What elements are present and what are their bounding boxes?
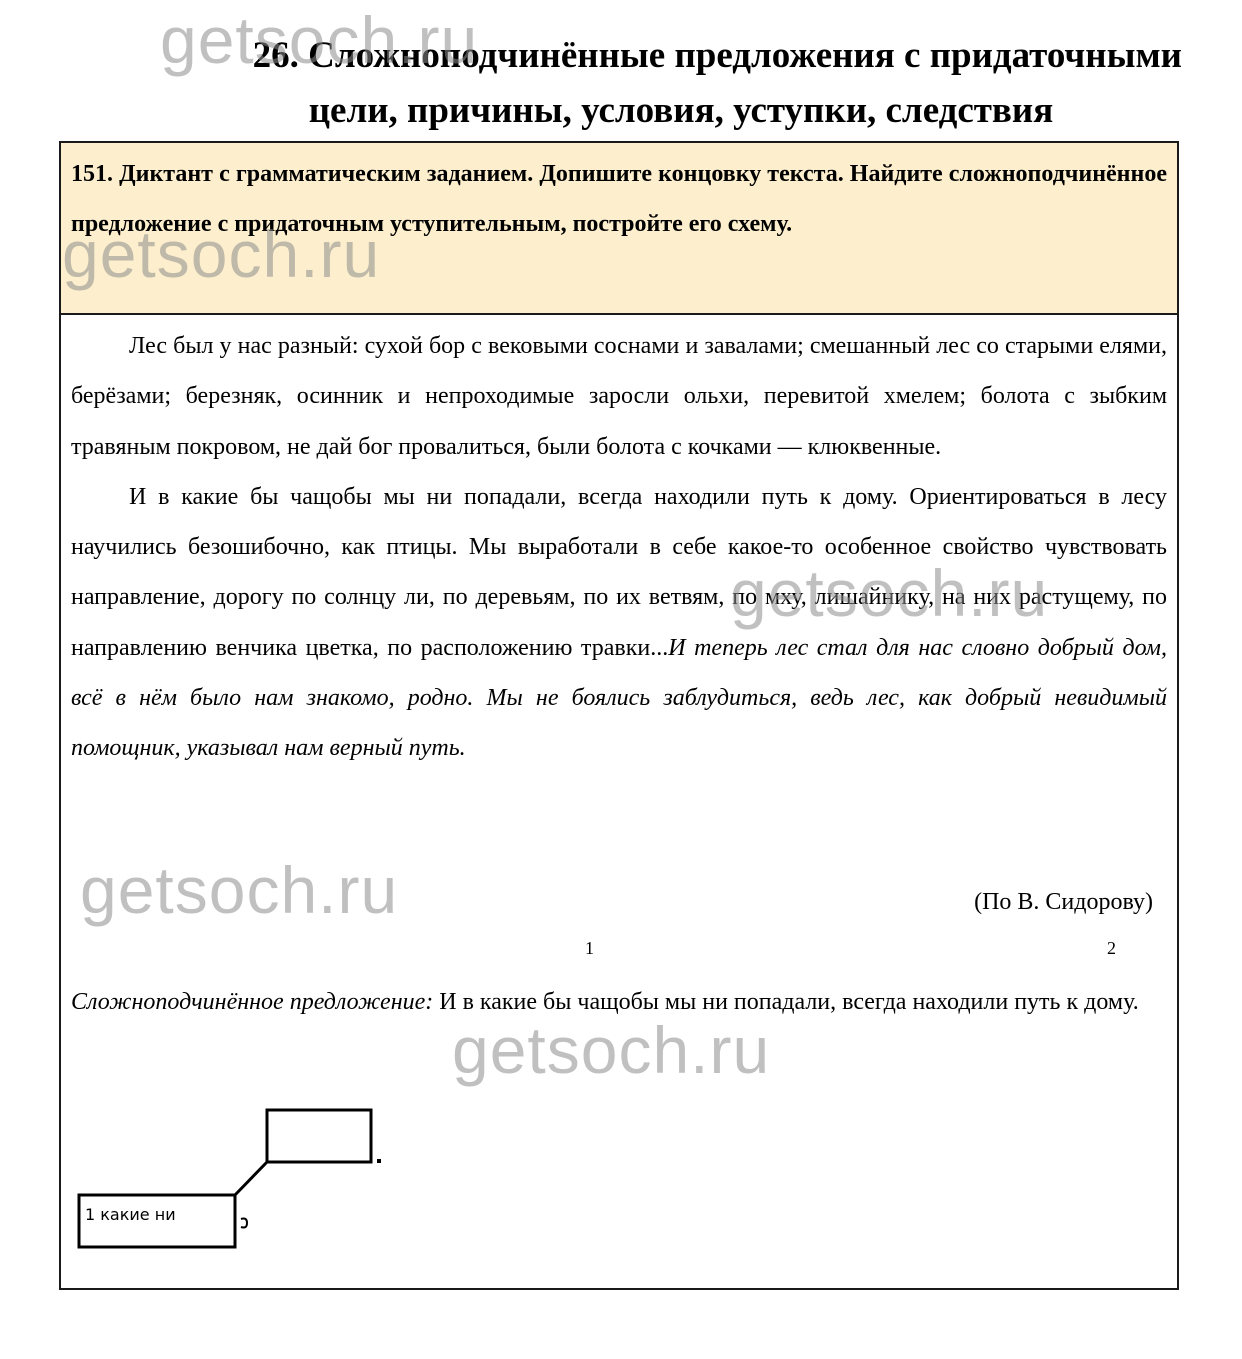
dictation-paragraph-1: Лес был у нас разный: сухой бор с вековы… xyxy=(71,321,1167,472)
clause-mark-2: 2 xyxy=(1107,938,1116,959)
clause-mark-1: 1 xyxy=(585,938,594,959)
sentence-scheme: 1 какие ни xyxy=(61,1103,461,1263)
section-title-line-1: 26. Сложноподчинённые предложения с прид… xyxy=(60,28,1182,83)
answer-text: И в какие бы чащобы мы ни попадали, всег… xyxy=(439,989,1138,1015)
scheme-diagram xyxy=(61,1103,461,1263)
scheme-connector-line xyxy=(235,1162,267,1195)
dictation-paragraph-2: И в какие бы чащобы мы ни попадали, всег… xyxy=(71,472,1167,774)
main-clause-box xyxy=(267,1110,371,1162)
section-title-line-2: цели, причины, условия, уступки, следств… xyxy=(60,83,1182,138)
task-header: 151. Диктант с грамматическим заданием. … xyxy=(61,143,1177,315)
source-attribution: (По В. Сидорову) xyxy=(974,877,1153,927)
answer-label: Сложноподчинённое предложение: xyxy=(71,989,433,1015)
exercise-frame: 151. Диктант с грамматическим заданием. … xyxy=(59,141,1179,1290)
section-title: 26. Сложноподчинённые предложения с прид… xyxy=(60,28,1182,138)
comma-mark xyxy=(241,1219,247,1228)
dictation-text: Лес был у нас разный: сухой бор с вековы… xyxy=(71,321,1167,774)
answer-sentence: Сложноподчинённое предложение: И в какие… xyxy=(71,977,1167,1028)
period-mark xyxy=(377,1159,381,1163)
subordinate-clause-label: 1 какие ни xyxy=(85,1205,176,1224)
